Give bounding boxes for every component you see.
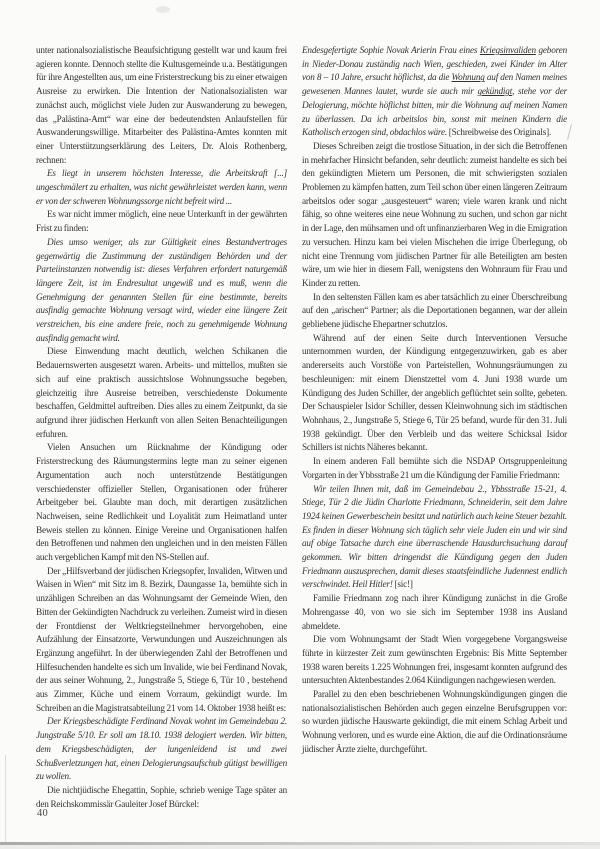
quoted-passage: Wir teilen Ihnen mit, daß im Gemeindebau… <box>302 483 567 593</box>
underlined-text: Kriegsinvaliden <box>480 45 536 55</box>
quoted-passage: Es liegt in unserem höchsten Interesse, … <box>36 167 287 208</box>
text-segment: Der „Hilfsverband der jüdischen Kriegsop… <box>36 566 287 713</box>
scan-mark-artifact <box>567 124 572 140</box>
text-segment: Diese Einwendung macht deutlich, welchen… <box>36 346 287 438</box>
text-segment: Vielen Ansuchen um Rücknahme der Kündigu… <box>36 442 287 562</box>
text-segment: Parallel zu den eben beschriebenen Wohnu… <box>302 689 567 754</box>
body-paragraph: Die nichtjüdische Ehegattin, Sophie, sch… <box>36 784 287 811</box>
body-paragraph: Parallel zu den eben beschriebenen Wohnu… <box>302 688 567 757</box>
page-number: 40 <box>37 808 48 819</box>
left-text-column: unter nationalsozialistische Beaufsichti… <box>36 44 287 811</box>
body-paragraph: Die vom Wohnungsamt der Stadt Wien vorge… <box>302 633 567 688</box>
body-paragraph: Dieses Schreiben zeigt die trostlose Sit… <box>302 140 567 291</box>
body-paragraph: Der „Hilfsverband der jüdischen Kriegsop… <box>36 565 287 716</box>
scan-smudge-artifact <box>156 6 170 13</box>
text-segment: Familie Friedmann zog nach ihrer Kündigu… <box>302 593 567 630</box>
quoted-passage: Der Kriegsbeschädigte Ferdinand Novak wo… <box>36 715 287 784</box>
text-segment: In einem anderen Fall bemühte sich die N… <box>302 456 567 480</box>
text-columns: unter nationalsozialistische Beaufsichti… <box>36 44 567 811</box>
body-paragraph: Während auf der einen Seite durch Interv… <box>302 332 567 455</box>
body-paragraph: unter nationalsozialistische Beaufsichti… <box>36 44 287 167</box>
text-segment: Während auf der einen Seite durch Interv… <box>302 333 567 453</box>
text-segment: Der Kriegsbeschädigte Ferdinand Novak wo… <box>36 716 287 781</box>
text-segment: Endesgefertigte Sophie Novak Arierin Fra… <box>302 45 480 55</box>
body-paragraph: Familie Friedmann zog nach ihrer Kündigu… <box>302 592 567 633</box>
text-segment: Dies umso weniger, als zur Gültigkeit ei… <box>36 237 287 343</box>
right-text-column: Endesgefertigte Sophie Novak Arierin Fra… <box>302 44 567 811</box>
scan-edge-artifact <box>5 755 6 843</box>
scan-bottom-strip <box>0 845 600 849</box>
text-segment: Die nichtjüdische Ehegattin, Sophie, sch… <box>36 785 287 809</box>
text-segment: [sic!] <box>394 579 412 589</box>
text-segment: In den seltensten Fällen kam es aber tat… <box>302 292 567 329</box>
text-segment: [Schreibweise des Originals]. <box>449 127 551 137</box>
quoted-passage: Endesgefertigte Sophie Novak Arierin Fra… <box>302 44 567 140</box>
body-paragraph: Vielen Ansuchen um Rücknahme der Kündigu… <box>36 441 287 564</box>
text-segment: Es liegt in unserem höchsten Interesse, … <box>36 168 287 205</box>
body-paragraph: In einem anderen Fall bemühte sich die N… <box>302 455 567 482</box>
quoted-passage: Dies umso weniger, als zur Gültigkeit ei… <box>36 236 287 346</box>
body-paragraph: Diese Einwendung macht deutlich, welchen… <box>36 345 287 441</box>
scanned-book-page: unter nationalsozialistische Beaufsichti… <box>0 0 600 849</box>
text-segment: Die vom Wohnungsamt der Stadt Wien vorge… <box>302 634 567 685</box>
underlined-text: gekündigt <box>477 86 512 96</box>
text-segment: unter nationalsozialistische Beaufsichti… <box>36 45 287 165</box>
underlined-text: Wohnung <box>452 72 485 82</box>
text-segment: Es war nicht immer möglich, eine neue Un… <box>36 209 287 233</box>
text-segment: Dieses Schreiben zeigt die trostlose Sit… <box>302 141 567 288</box>
body-paragraph: Es war nicht immer möglich, eine neue Un… <box>36 208 287 235</box>
text-segment: Wir teilen Ihnen mit, daß im Gemeindebau… <box>302 484 567 590</box>
body-paragraph: In den seltensten Fällen kam es aber tat… <box>302 291 567 332</box>
